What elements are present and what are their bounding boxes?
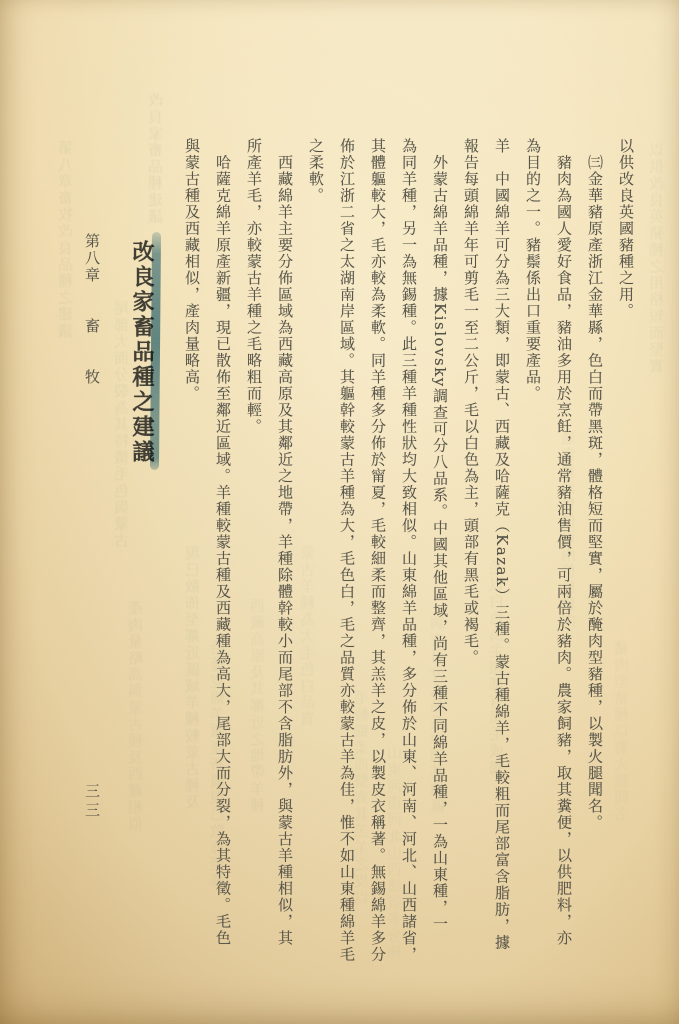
text-column: 之柔軟。 <box>300 138 331 980</box>
text-column: 為同羊種，另一為無錫種。此三種羊種性狀均大致相似。山東綿羊品種，多分佈於山東、河… <box>393 138 424 980</box>
text-column: 哈薩克綿羊原產新疆，現已散佈至鄰近區域。羊種較蒙古種及西藏種為高大，尾部大而分裂… <box>207 138 238 980</box>
text-column: 外蒙古綿羊品種，據Kislovsky調查可分八品系。中國其他區域，尚有三種不同綿… <box>424 138 455 980</box>
text-column: 佈於江浙二省之太湖南岸區域。其軀幹較蒙古羊種為大，毛色白，毛之品質亦較蒙古羊為佳… <box>331 138 362 980</box>
text-column: 以供改良英國豬種之用。 <box>610 138 641 980</box>
text-column: ㈢金華豬原產浙江金華縣，色白而帶黑斑，體格短而堅實，屬於醃肉型豬種，以製火腿聞名… <box>579 138 610 980</box>
text-column: 報告每頭綿羊年可剪毛一至二公斤，毛以白色為主，頭部有黑毛或褐毛。 <box>455 138 486 980</box>
text-column: 為目的之一。豬鬃係出口重要產品。 <box>517 138 548 980</box>
text-column: 西藏綿羊主要分佈區域為西藏高原及其鄰近之地帶，羊種除體幹較小而尾部不含脂肪外，與… <box>269 138 300 980</box>
page-number: 三三 <box>82 783 102 843</box>
body-text: 以供改良英國豬種之用。 ㈢金華豬原產浙江金華縣，色白而帶黑斑，體格短而堅實，屬於… <box>176 138 641 980</box>
ghost-text-column: 第八章畜牧改良品種之建議 <box>55 140 77 339</box>
ghost-text-column: 改良家畜品種建議 <box>145 92 167 225</box>
chapter-label: 第八章 畜 牧 <box>82 233 102 473</box>
text-column: 與蒙古種及西藏相似，產肉量略高。 <box>176 138 207 980</box>
ghost-text-column: 以供改良英豬種之用格短而堅實 <box>646 142 668 374</box>
text-column: 羊 中國綿羊可分為三大類，即蒙古、西藏及哈薩克（Kazak）三種。蒙古種綿羊，毛… <box>486 138 517 980</box>
text-column: 豬肉為國人愛好食品，豬油多用於烹飪，通常豬油售價，可兩倍於豬肉。農家飼豬，取其糞… <box>548 138 579 980</box>
scanned-page: 以供改良英國豬種之用。 ㈢金華豬原產浙江金華縣，色白而帶黑斑，體格短而堅實，屬於… <box>0 0 679 1024</box>
text-column: 所產羊毛，亦較蒙古羊種之毛略粗而輕。 <box>238 138 269 980</box>
text-column: 其體軀較大，毛亦較為柔軟。同羊種多分佈於甯夏，毛較細柔而整齊，其羔羊之皮，以製皮… <box>362 138 393 980</box>
ghost-text-column: 產肉量略高與蒙古種及西藏相似 <box>125 600 147 832</box>
